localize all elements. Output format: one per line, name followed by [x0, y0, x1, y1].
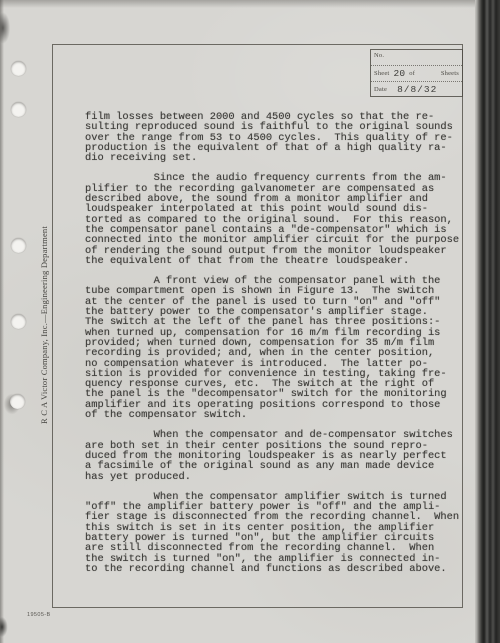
body-paragraph: Since the audio frequency currents from … — [85, 173, 463, 266]
body-paragraph: A front view of the compensator panel wi… — [85, 276, 463, 420]
scan-left-shadow — [0, 0, 4, 643]
date-value: 8/8/32 — [397, 84, 437, 95]
punch-hole — [11, 238, 26, 253]
punch-hole — [11, 61, 26, 76]
sheet-number: 20 — [393, 68, 405, 79]
company-sidebar-text: R C A Victor Company, Inc.—Engineering D… — [39, 175, 49, 475]
body-paragraph: When the compensator and de-compensator … — [85, 430, 463, 481]
sheets-label: Sheets — [441, 70, 459, 77]
form-number: 19505-B — [27, 612, 51, 618]
bottom-left-smudge — [0, 613, 10, 641]
info-row-sheet: Sheet 20 of Sheets — [371, 65, 462, 81]
punch-hole — [11, 102, 26, 117]
sheet-info-box: No. Sheet 20 of Sheets Date 8/8/32 — [370, 49, 463, 97]
book-binding-edge — [475, 0, 500, 643]
scan-top-shadow — [0, 0, 475, 8]
body-paragraph: When the compensator amplifier switch is… — [85, 492, 463, 574]
info-row-date: Date 8/8/32 — [371, 81, 462, 96]
punch-hole — [11, 314, 26, 329]
scanned-document-page: R C A Victor Company, Inc.—Engineering D… — [0, 0, 500, 643]
info-row-no: No. — [371, 50, 462, 65]
of-label: of — [409, 70, 415, 77]
typewritten-body: film losses between 2000 and 4500 cycles… — [85, 112, 463, 574]
sheet-label: Sheet — [374, 70, 389, 77]
punch-hole — [10, 394, 25, 409]
date-label: Date — [374, 86, 387, 93]
body-paragraph: film losses between 2000 and 4500 cycles… — [85, 112, 463, 163]
no-label: No. — [374, 52, 384, 59]
top-left-smudge — [0, 6, 13, 50]
